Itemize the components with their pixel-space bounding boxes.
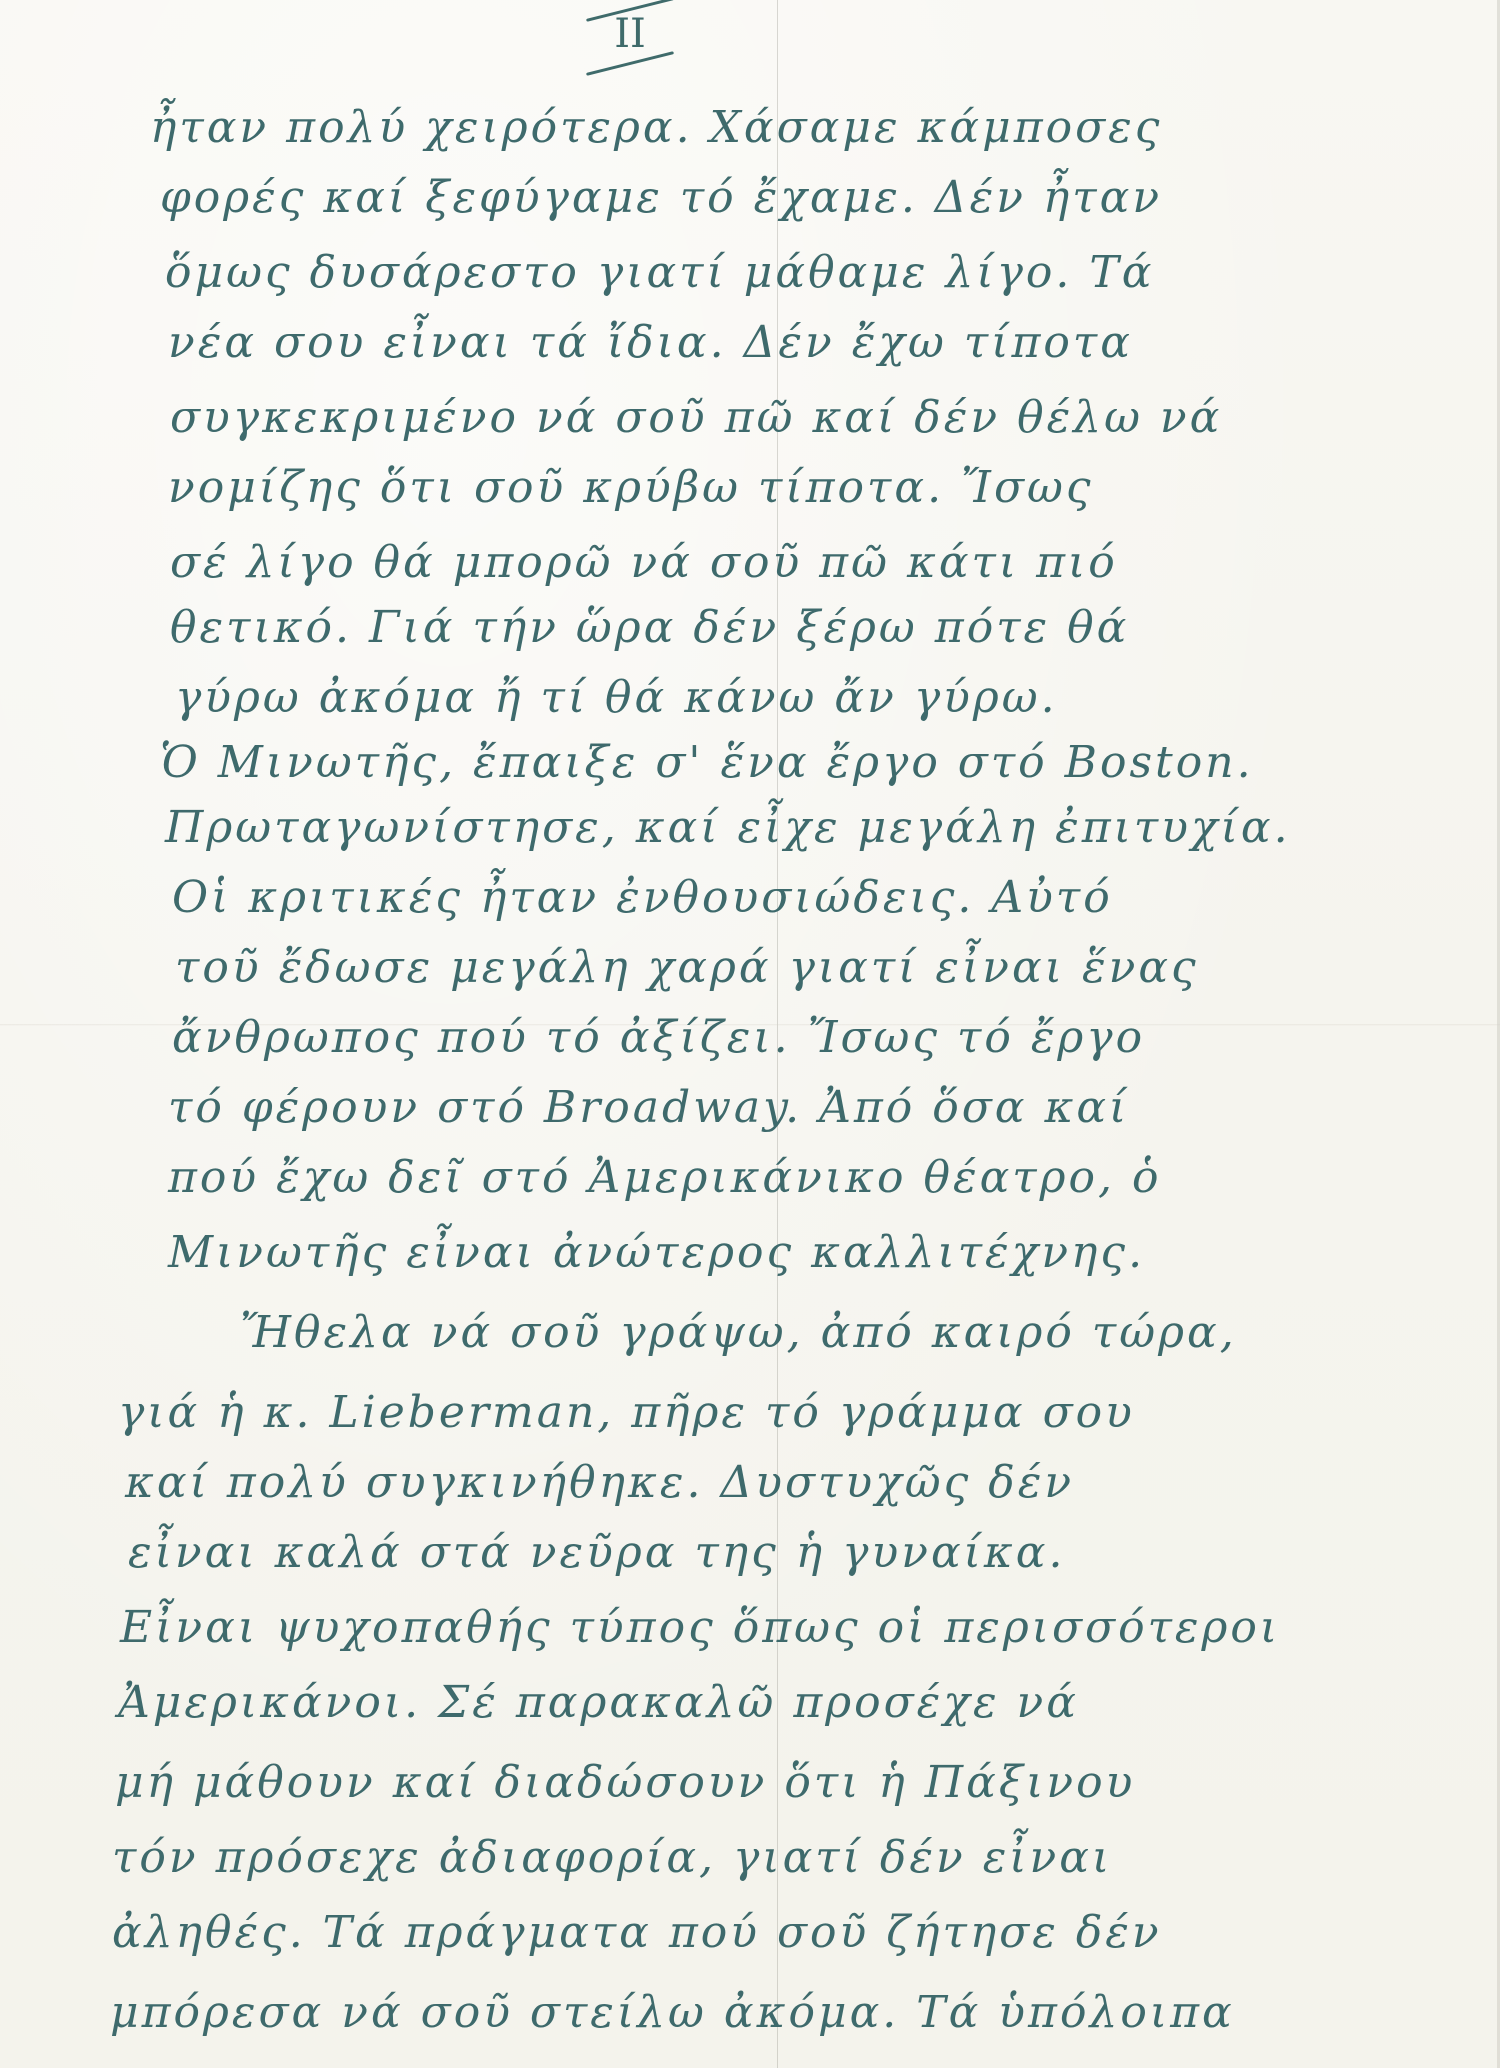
letter-line: γύρω ἀκόμα ἤ τί θά κάνω ἄν γύρω. <box>175 670 1058 726</box>
letter-line: ἄνθρωπος πού τό ἀξίζει. Ἴσως τό ἔργο <box>172 1010 1145 1066</box>
letter-line: Μινωτῆς εἶναι ἀνώτερος καλλιτέχνης. <box>168 1225 1145 1281</box>
letter-line: Ἀμερικάνοι. Σέ παρακαλῶ προσέχε νά <box>118 1675 1079 1731</box>
letter-line: ἀληθές. Τά πράγματα πού σοῦ ζήτησε δέν <box>112 1905 1162 1961</box>
letter-line: ἦταν πολύ χειρότερα. Χάσαμε κάμποσες <box>150 100 1162 156</box>
letter-line: Ὁ Μινωτῆς, ἔπαιξε σ' ἕνα ἔργο στό Boston… <box>160 735 1254 791</box>
letter-line: πού ἔχω δεῖ στό Ἀμερικάνικο θέατρο, ὁ <box>168 1150 1161 1206</box>
letter-line: φορές καί ξεφύγαμε τό ἔχαμε. Δέν ἦταν <box>160 170 1162 226</box>
letter-line: Πρωταγωνίστησε, καί εἶχε μεγάλη ἐπιτυχία… <box>165 800 1291 856</box>
letter-line: γιά ἡ κ. Lieberman, πῆρε τό γράμμα σου <box>118 1385 1135 1441</box>
letter-line: Εἶναι ψυχοπαθής τύπος ὅπως οἱ περισσότερ… <box>120 1600 1280 1656</box>
letter-line: εἶναι καλά στά νεῦρα της ἡ γυναίκα. <box>128 1525 1065 1581</box>
letter-line: ὅμως δυσάρεστο γιατί μάθαμε λίγο. Τά <box>165 245 1154 301</box>
letter-line: μή μάθουν καί διαδώσουν ὅτι ἡ Πάξινου <box>115 1755 1135 1811</box>
letter-line: νέα σου εἶναι τά ἴδια. Δέν ἔχω τίποτα <box>168 315 1133 371</box>
letter-line: Ἤθελα νά σοῦ γράψω, ἀπό καιρό τώρα, <box>240 1305 1237 1361</box>
letter-line: καί πολύ συγκινήθηκε. Δυστυχῶς δέν <box>125 1455 1074 1511</box>
letter-line: Οἱ κριτικές ἦταν ἐνθουσιώδεις. Αὐτό <box>172 870 1113 926</box>
letter-line: συγκεκριμένο νά σοῦ πῶ καί δέν θέλω νά <box>170 390 1222 446</box>
letter-line: τό φέρουν στό Broadway. Ἀπό ὅσα καί <box>168 1080 1129 1136</box>
letter-line: τοῦ ἔδωσε μεγάλη χαρά γιατί εἶναι ἕνας <box>175 940 1199 996</box>
letter-line: νομίζης ὅτι σοῦ κρύβω τίποτα. Ἴσως <box>168 460 1094 516</box>
letter-body: ἦταν πολύ χειρότερα. Χάσαμε κάμποσες φορ… <box>0 0 1500 2068</box>
letter-line: θετικό. Γιά τήν ὥρα δέν ξέρω πότε θά <box>170 600 1129 656</box>
letter-line: σέ λίγο θά μπορῶ νά σοῦ πῶ κάτι πιό <box>170 535 1118 591</box>
letter-line: τόν πρόσεχε ἀδιαφορία, γιατί δέν εἶναι <box>112 1830 1112 1886</box>
letter-line: μπόρεσα νά σοῦ στείλω ἀκόμα. Τά ὑπόλοιπα <box>110 1985 1235 2041</box>
letter-page: II ἦταν πολύ χειρότερα. Χάσαμε κάμποσες … <box>0 0 1500 2068</box>
